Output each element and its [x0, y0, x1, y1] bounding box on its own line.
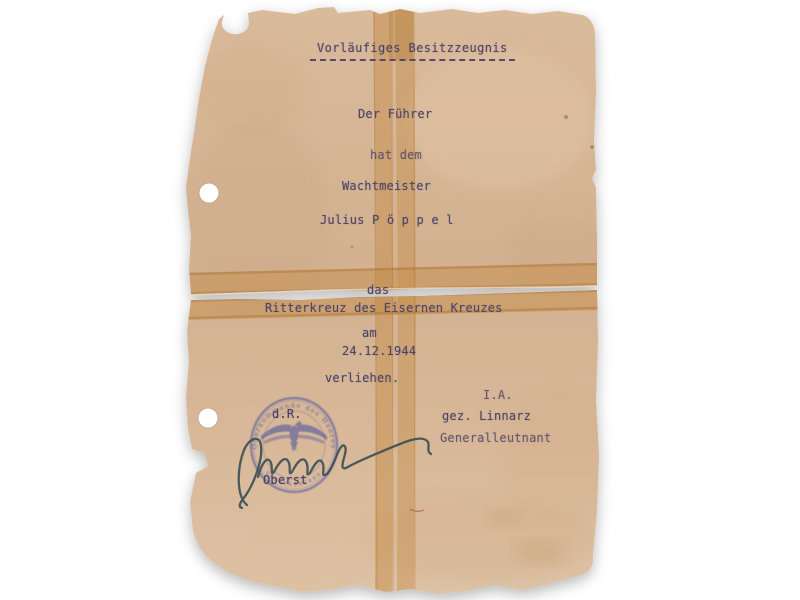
punch-hole-bottom — [198, 408, 218, 428]
signer-rank-line: Generalleutnant — [440, 431, 551, 445]
stamp-typed-note-top: d.R. — [272, 407, 302, 421]
photo-canvas: Oberkommando des Heeres Vorläufiges Besi… — [0, 0, 800, 600]
date-label-line: am — [362, 326, 377, 340]
award-date-line: 24.12.1944 — [342, 344, 416, 358]
punch-hole-top — [199, 183, 219, 203]
recipient-name-line: Julius P ö p p e l — [320, 213, 454, 227]
closing-word-line: verliehen. — [325, 371, 399, 385]
document-title: Vorläufiges Besitzzeugnis — [310, 41, 515, 61]
stamp-typed-note-bottom: Oberst — [263, 473, 308, 487]
issuer-line: Der Führer — [358, 107, 432, 121]
grant-phrase-line: hat dem — [370, 148, 422, 162]
in-absence-line: I.A. — [483, 388, 513, 402]
article-line: das — [367, 283, 389, 297]
award-name-line: Ritterkreuz des Eisernen Kreuzes — [265, 301, 503, 315]
signed-name-line: gez. Linnarz — [442, 409, 531, 423]
document-photo-art: Oberkommando des Heeres — [0, 0, 800, 600]
recipient-rank-line: Wachtmeister — [342, 179, 431, 193]
